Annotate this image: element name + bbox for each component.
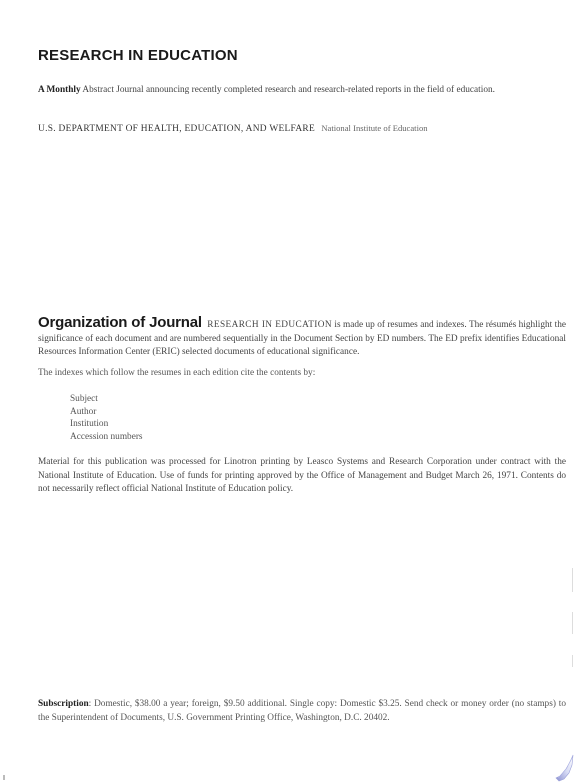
material-notice: Material for this publication was proces… bbox=[38, 456, 566, 497]
description-text: Abstract Journal announcing recently com… bbox=[81, 85, 495, 95]
organization-journal-name: RESEARCH IN EDUCATION bbox=[207, 320, 332, 330]
subscription-text: : Domestic, $38.00 a year; foreign, $9.5… bbox=[38, 699, 566, 723]
page-curl-icon[interactable] bbox=[554, 754, 574, 782]
organization-heading: Organization of Journal bbox=[38, 314, 202, 331]
index-item: Accession numbers bbox=[70, 431, 143, 444]
department-name: U.S. DEPARTMENT OF HEALTH, EDUCATION, AN… bbox=[38, 124, 315, 134]
index-item: Author bbox=[70, 406, 143, 419]
subscription-label: Subscription bbox=[38, 699, 89, 709]
journal-title: RESEARCH IN EDUCATION bbox=[38, 47, 238, 64]
scan-edge-mark bbox=[572, 655, 573, 667]
journal-description: A Monthly Abstract Journal announcing re… bbox=[38, 84, 566, 98]
index-item: Subject bbox=[70, 393, 143, 406]
index-item: Institution bbox=[70, 418, 143, 431]
scan-edge-mark bbox=[572, 568, 573, 592]
document-page: RESEARCH IN EDUCATION A Monthly Abstract… bbox=[0, 0, 575, 784]
subscription-notice: Subscription: Domestic, $38.00 a year; f… bbox=[38, 698, 566, 725]
institute-name: National Institute of Education bbox=[321, 123, 427, 133]
scan-edge-mark bbox=[572, 612, 573, 634]
indexes-intro: The indexes which follow the resumes in … bbox=[38, 368, 315, 378]
publisher-line: U.S. DEPARTMENT OF HEALTH, EDUCATION, AN… bbox=[38, 123, 428, 134]
organization-section: Organization of Journal RESEARCH IN EDUC… bbox=[38, 316, 566, 360]
description-lead: A Monthly bbox=[38, 85, 81, 95]
scan-corner-mark bbox=[3, 775, 5, 780]
index-list: Subject Author Institution Accession num… bbox=[70, 393, 143, 443]
